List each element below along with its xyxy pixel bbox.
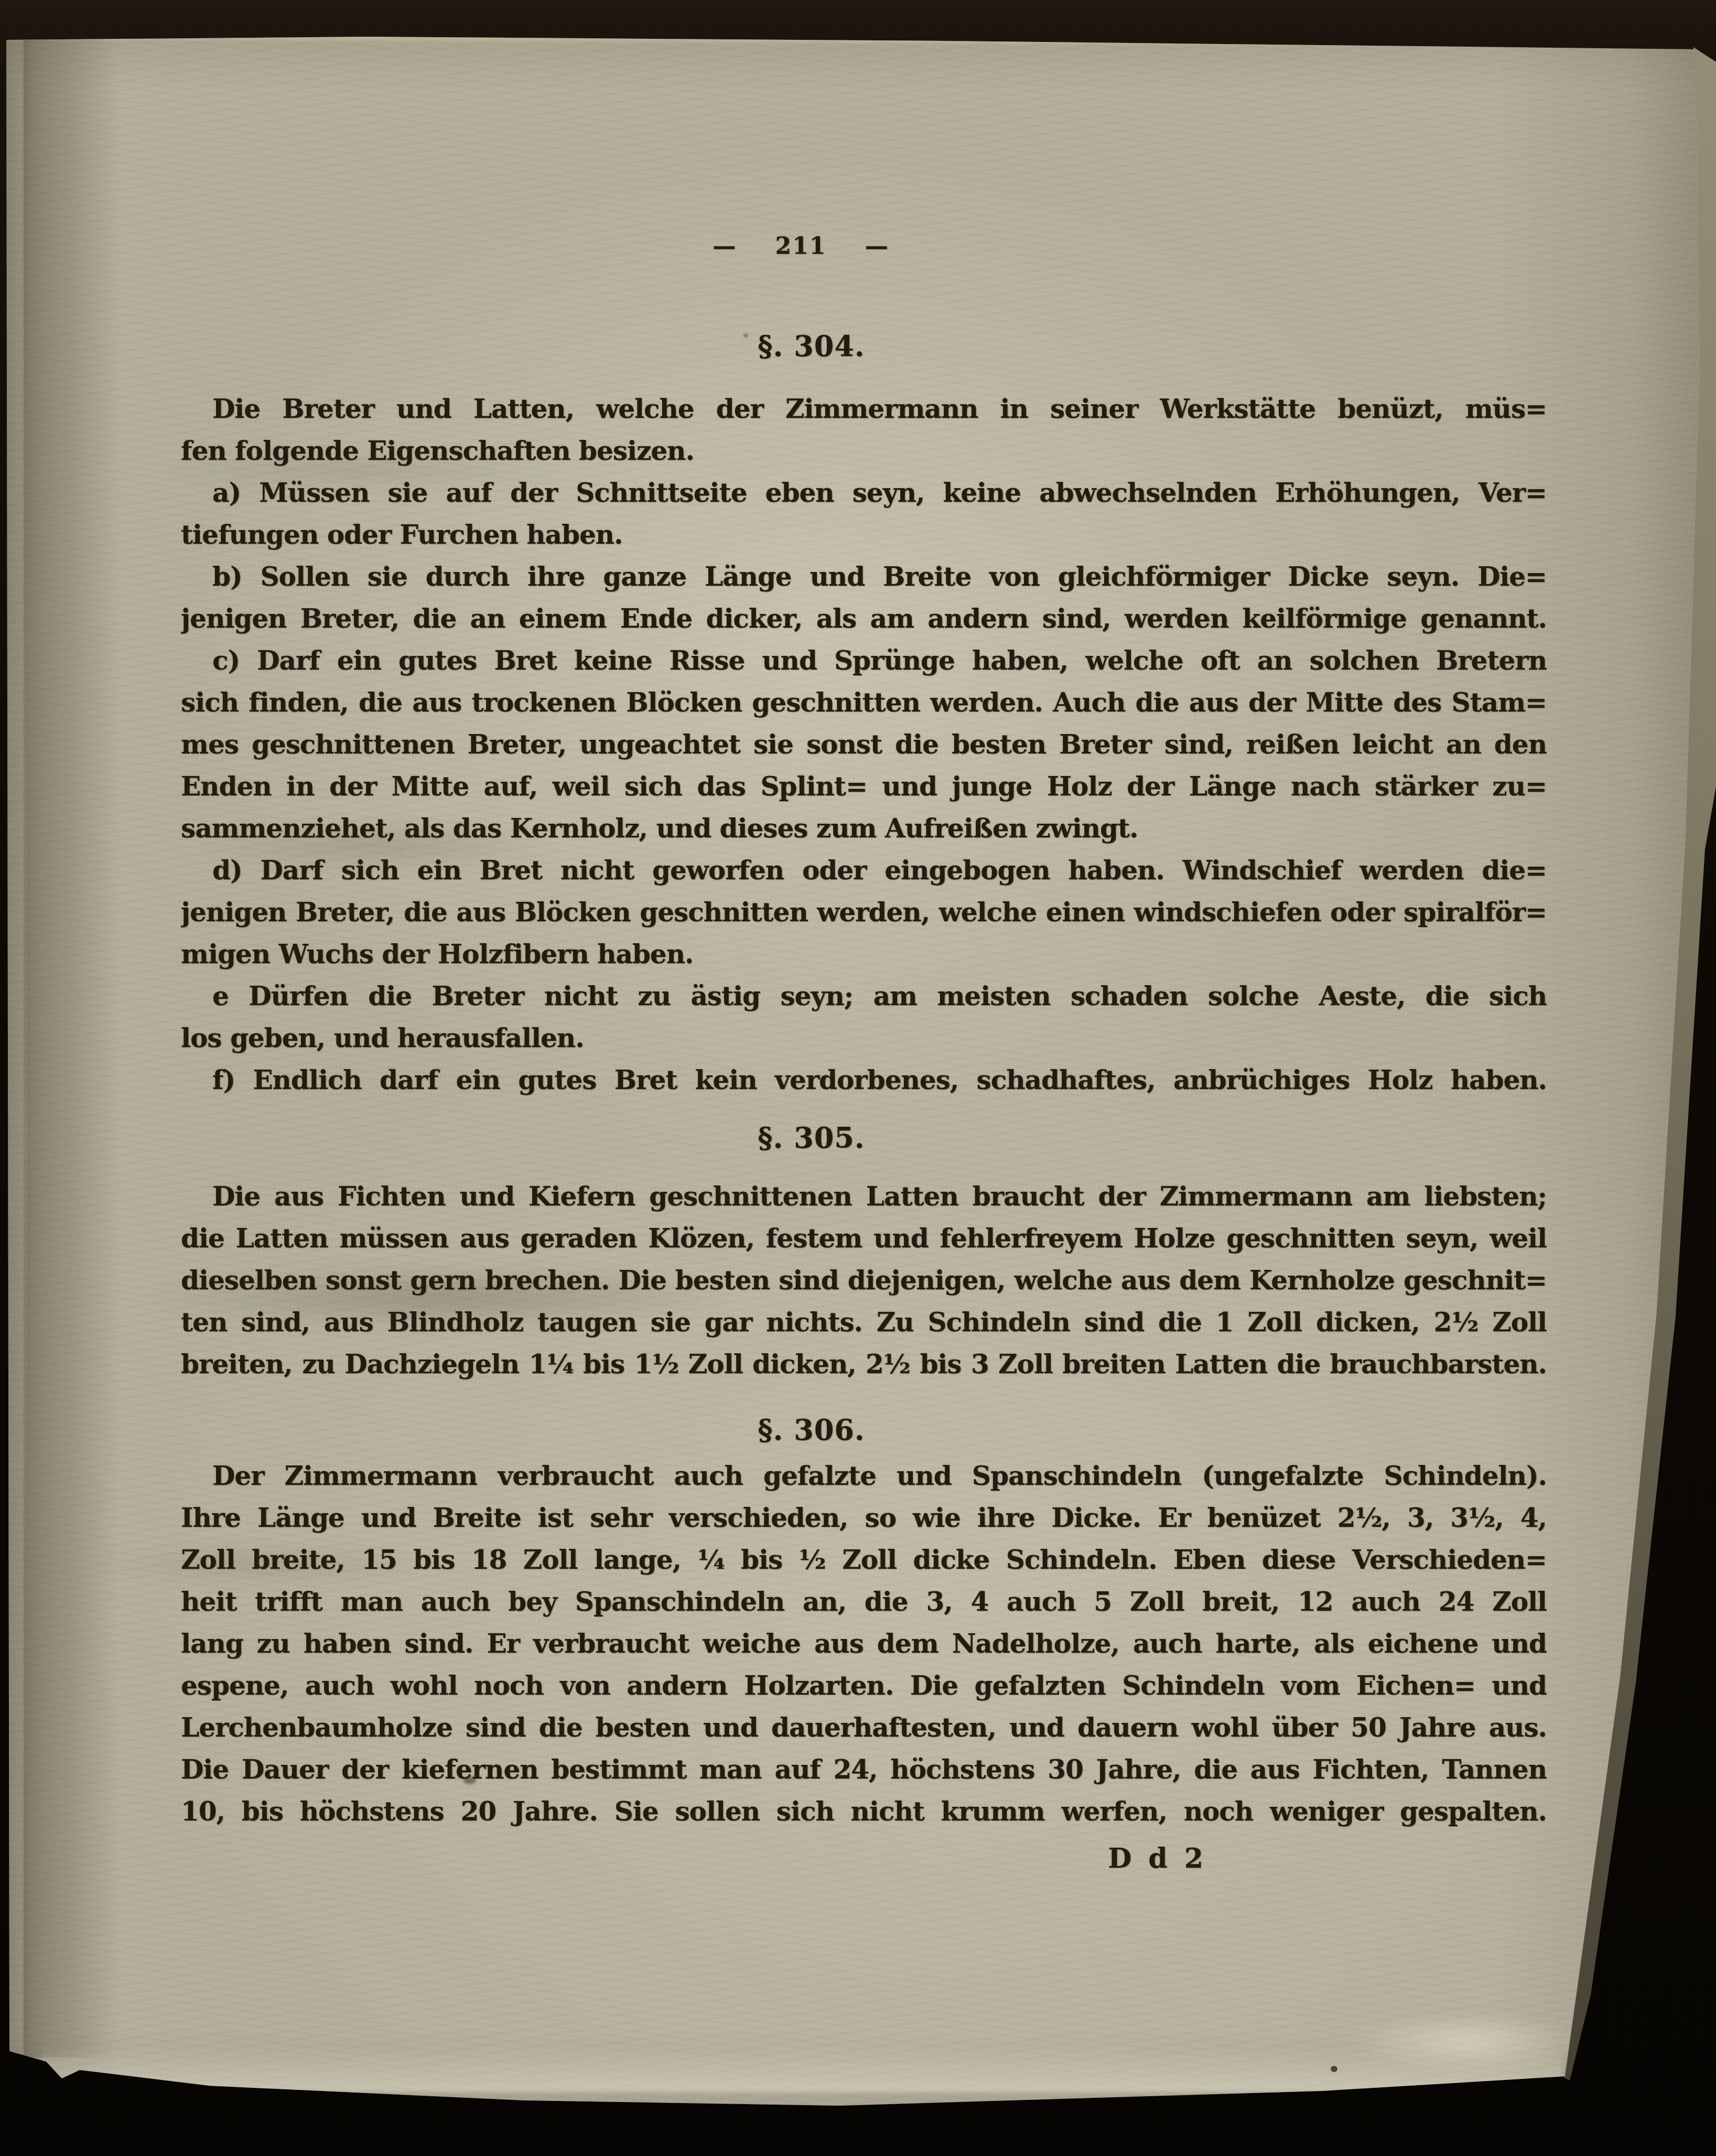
section-body: Der Zimmermann verbraucht auch gefalzte … xyxy=(181,1455,1547,1832)
text-line: c) Darf ein gutes Bret keine Risse und S… xyxy=(181,640,1547,682)
text-line: Ihre Länge und Breite ist sehr verschied… xyxy=(181,1497,1547,1539)
text-line: e Dürfen die Breter nicht zu ästig seyn;… xyxy=(181,975,1547,1017)
text-line: Lerchenbaumholze sind die besten und dau… xyxy=(181,1707,1547,1749)
book-scan: — 211 — §. 304.Die Breter und Latten, we… xyxy=(0,0,1716,2156)
text-line: f) Endlich darf ein gutes Bret kein verd… xyxy=(181,1059,1547,1101)
text-line: Enden in der Mitte auf, weil sich das Sp… xyxy=(181,766,1547,807)
text-line: 10, bis höchstens 20 Jahre. Sie sollen s… xyxy=(181,1791,1547,1832)
text-line: Der Zimmermann verbraucht auch gefalzte … xyxy=(181,1455,1547,1497)
text-line: sammenziehet, als das Kernholz, und dies… xyxy=(181,807,1547,849)
text-line: sich finden, die aus trockenen Blöcken g… xyxy=(181,682,1547,724)
text-column: — 211 — §. 304.Die Breter und Latten, we… xyxy=(181,225,1547,1880)
text-line: lang zu haben sind. Er verbraucht weiche… xyxy=(181,1623,1547,1665)
text-line: Zoll breite, 15 bis 18 Zoll lange, ¼ bis… xyxy=(181,1539,1547,1581)
text-line: breiten, zu Dachziegeln 1¼ bis 1½ Zoll d… xyxy=(181,1343,1547,1385)
text-line: tiefungen oder Furchen haben. xyxy=(181,514,1547,556)
page-number: — 211 — xyxy=(181,225,1547,267)
text-line: dieselben sonst gern brechen. Die besten… xyxy=(181,1259,1547,1301)
text-line: d) Darf sich ein Bret nicht geworfen ode… xyxy=(181,849,1547,891)
text-line: heit trifft man auch bey Spanschindeln a… xyxy=(181,1581,1547,1623)
text-line: Die Breter und Latten, welche der Zimmer… xyxy=(181,388,1547,430)
ink-speck xyxy=(1331,2066,1337,2072)
text-line: espene, auch wohl noch von andern Holzar… xyxy=(181,1665,1547,1707)
text-line: los geben, und herausfallen. xyxy=(181,1017,1547,1059)
text-line: jenigen Breter, die aus Blöcken geschnit… xyxy=(181,891,1547,933)
text-line: Die aus Fichten und Kiefern geschnittene… xyxy=(181,1176,1547,1217)
section-heading: §. 306. xyxy=(181,1409,1547,1451)
section-body: Die aus Fichten und Kiefern geschnittene… xyxy=(181,1176,1547,1385)
text-line: b) Sollen sie durch ihre ganze Länge und… xyxy=(181,556,1547,598)
text-line: migen Wuchs der Holzfibern haben. xyxy=(181,933,1547,975)
text-line: Die Dauer der kiefernen bestimmt man auf… xyxy=(181,1749,1547,1791)
section-body: Die Breter und Latten, welche der Zimmer… xyxy=(181,388,1547,1101)
gutter-shadow xyxy=(27,39,116,2057)
text-line: ten sind, aus Blindholz taugen sie gar n… xyxy=(181,1301,1547,1343)
page: — 211 — §. 304.Die Breter und Latten, we… xyxy=(0,0,1716,2156)
text-line: die Latten müssen aus geraden Klözen, fe… xyxy=(181,1217,1547,1259)
text-line: mes geschnittenen Breter, ungeachtet sie… xyxy=(181,724,1547,766)
section-heading: §. 305. xyxy=(181,1117,1547,1159)
gutter-crease xyxy=(24,39,27,2057)
text-block: §. 304.Die Breter und Latten, welche der… xyxy=(181,325,1547,1832)
page-top-edge-highlight xyxy=(5,34,1699,49)
text-line: a) Müssen sie auf der Schnittseite eben … xyxy=(181,472,1547,514)
text-line: jenigen Breter, die an einem Ende dicker… xyxy=(181,598,1547,640)
text-line: fen folgende Eigenschaften besizen. xyxy=(181,430,1547,472)
signature-mark: D d 2 xyxy=(181,1838,1547,1880)
section-heading: §. 304. xyxy=(181,325,1547,367)
